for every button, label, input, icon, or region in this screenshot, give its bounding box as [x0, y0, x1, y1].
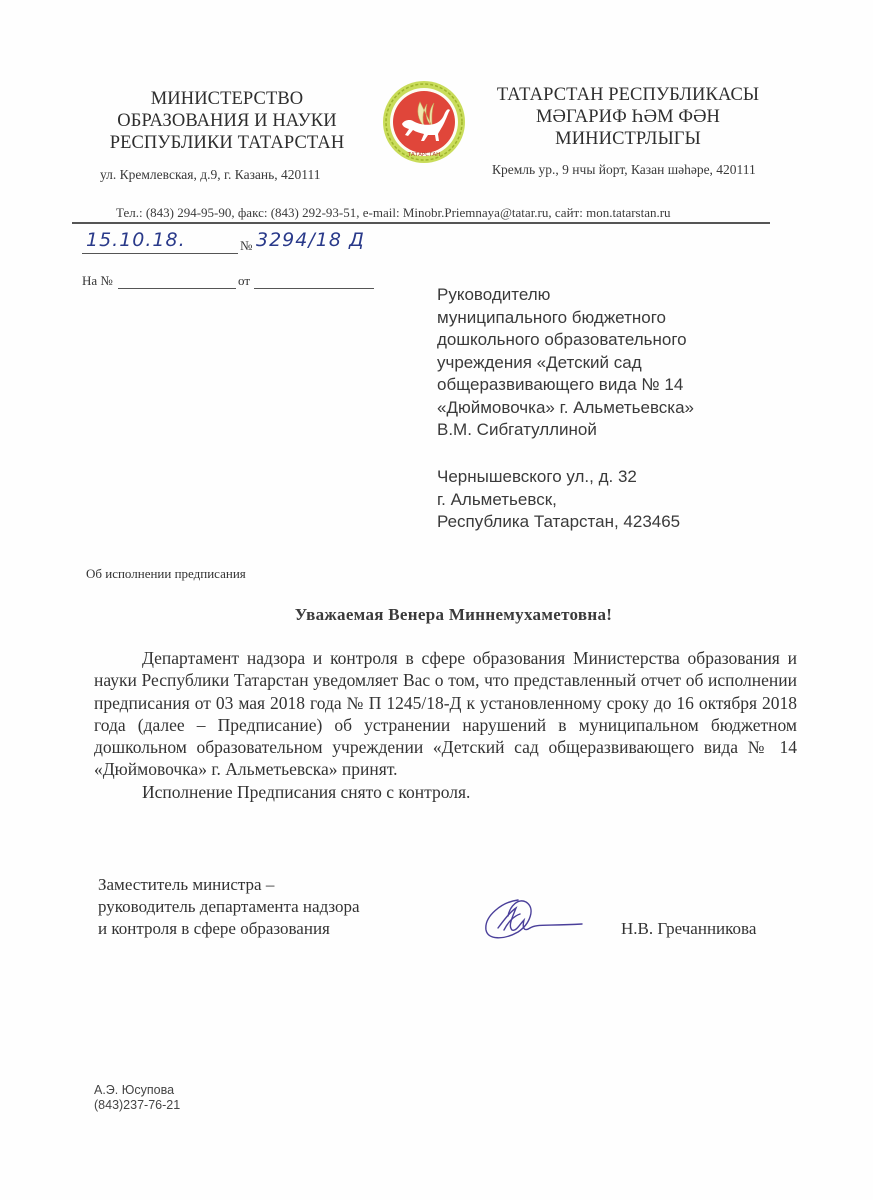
body-paragraph-1: Департамент надзора и контроля в сфере о…: [94, 647, 797, 781]
registration-number-label: №: [240, 238, 252, 254]
registration-date: 15.10.18.: [86, 229, 186, 251]
letter-body: Департамент надзора и контроля в сфере о…: [94, 647, 797, 803]
recipient-address-line: Республика Татарстан, 423465: [437, 511, 757, 534]
recipient-address: Чернышевского ул., д. 32 г. Альметьевск,…: [437, 466, 757, 534]
handwritten-signature-icon: [478, 890, 588, 946]
letterhead-right-title: ТАТАРСТАН РЕСПУБЛИКАСЫ МӘГАРИФ ҺӘМ ФӘН М…: [482, 84, 774, 150]
recipient-line: дошкольного образовательного: [437, 329, 757, 352]
svg-text:ТАТАРСТАН: ТАТАРСТАН: [407, 152, 441, 158]
letterhead-right-line-2: МӘГАРИФ ҺӘМ ФӘН: [482, 106, 774, 128]
greeting: Уважаемая Венера Миннемухаметовна!: [0, 605, 873, 625]
body-paragraph-2: Исполнение Предписания снято с контроля.: [94, 781, 797, 803]
executor-name: А.Э. Юсупова: [94, 1083, 180, 1098]
signatory-position: Заместитель министра – руководитель депа…: [98, 874, 438, 940]
letter-subject: Об исполнении предписания: [86, 566, 246, 582]
letterhead-contacts: Тел.: (843) 294-95-90, факс: (843) 292-9…: [116, 205, 671, 221]
tatarstan-coat-of-arms-icon: ТАТАРСТАН: [382, 80, 466, 164]
executor-phone: (843)237-76-21: [94, 1098, 180, 1113]
letterhead-divider: [72, 222, 770, 224]
letterhead-left-line-1: МИНИСТЕРСТВО: [82, 88, 372, 110]
recipient-block: Руководителю муниципального бюджетного д…: [437, 284, 757, 442]
recipient-line: Руководителю: [437, 284, 757, 307]
letterhead-right-line-3: МИНИСТРЛЫГЫ: [482, 128, 774, 150]
recipient-address-line: г. Альметьевск,: [437, 489, 757, 512]
letterhead-left-line-3: РЕСПУБЛИКИ ТАТАРСТАН: [82, 132, 372, 154]
recipient-line: общеразвивающего вида № 14: [437, 374, 757, 397]
recipient-line: «Дюймовочка» г. Альметьевска»: [437, 397, 757, 420]
registration-number: 3294/18 Д: [256, 229, 365, 251]
letterhead-left-address: ул. Кремлевская, д.9, г. Казань, 420111: [100, 167, 321, 183]
signatory-name: Н.В. Гречанникова: [621, 918, 756, 940]
signatory-position-line: руководитель департамента надзора: [98, 896, 438, 918]
reply-from-label: от: [238, 273, 250, 289]
letterhead-right-address: Кремль ур., 9 нчы йорт, Казан шәһәре, 42…: [492, 162, 756, 178]
recipient-line: В.М. Сибгатуллиной: [437, 419, 757, 442]
executor-block: А.Э. Юсупова (843)237-76-21: [94, 1083, 180, 1113]
recipient-line: муниципального бюджетного: [437, 307, 757, 330]
reply-to-number-field: [118, 273, 236, 289]
recipient-line: учреждения «Детский сад: [437, 352, 757, 375]
letterhead-left-line-2: ОБРАЗОВАНИЯ И НАУКИ: [82, 110, 372, 132]
reply-from-date-field: [254, 273, 374, 289]
recipient-address-line: Чернышевского ул., д. 32: [437, 466, 757, 489]
letterhead-right-line-1: ТАТАРСТАН РЕСПУБЛИКАСЫ: [482, 84, 774, 106]
letterhead-left-title: МИНИСТЕРСТВО ОБРАЗОВАНИЯ И НАУКИ РЕСПУБЛ…: [82, 88, 372, 154]
reply-to-label: На №: [82, 273, 113, 289]
signatory-position-line: Заместитель министра –: [98, 874, 438, 896]
signatory-position-line: и контроля в сфере образования: [98, 918, 438, 940]
